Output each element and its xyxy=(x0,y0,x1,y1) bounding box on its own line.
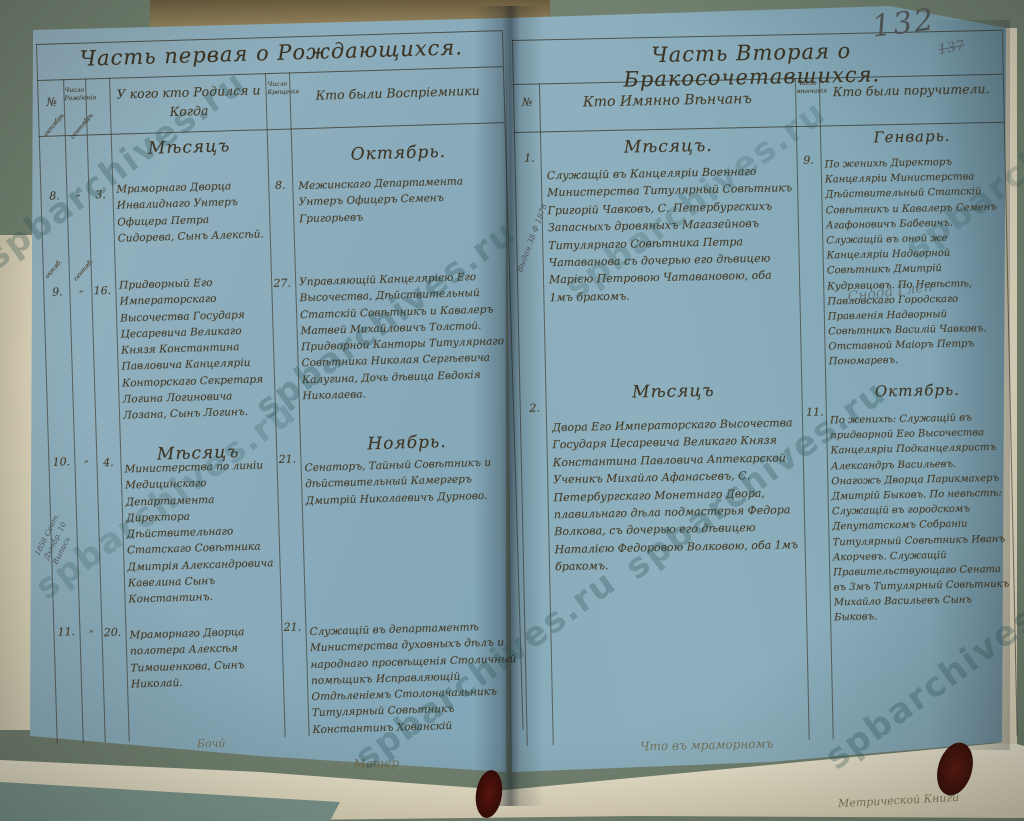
entry-baptism-day: 8. xyxy=(270,179,290,193)
entry-ditto: ″ xyxy=(73,289,89,302)
entry-num: 9. xyxy=(45,285,69,299)
col-header-birth-day: Число Рожденія xyxy=(64,87,84,103)
entry-baptism-day: 27. xyxy=(271,276,293,290)
entry-guarantors: По женихѣ: Служащій въ придворной Его Вы… xyxy=(830,410,1012,626)
entry-ditto: ″ xyxy=(78,458,94,471)
col-header-guarantors: Кто были поручители. xyxy=(823,80,999,101)
entry-birth-day: 16. xyxy=(91,284,113,298)
col-header-num: № xyxy=(40,95,64,109)
entry-text: Мраморнаго Дворца Инвалиднаго Унтеръ Офи… xyxy=(116,177,268,246)
entry-godparents: Межинскаго Департамента Унтеръ Офицеръ С… xyxy=(298,172,501,227)
col-header-wedding-day: Число вѣнчанія xyxy=(797,80,817,95)
table-line xyxy=(39,122,505,137)
entry-baptism-day: 21. xyxy=(281,620,303,634)
entry-wedding-day: 9. xyxy=(798,154,818,167)
entry-num: 10. xyxy=(48,455,74,469)
month-header: Мѣсяцъ xyxy=(545,379,801,404)
margin-month-scribble: сентябрь xyxy=(69,112,95,141)
col-header-who-married: Кто Имянно Вѣнчанъ xyxy=(539,90,795,111)
entry-num: 11. xyxy=(53,625,79,639)
catchword: Бочй xyxy=(197,737,226,751)
margin-month-scribble: октяб. xyxy=(44,258,64,280)
archival-scan: Часть первая о Рождающихся. № Число Рожд… xyxy=(0,0,1024,821)
entry-ditto: ″ xyxy=(83,628,99,641)
entry-baptism-day: 21. xyxy=(276,452,298,466)
col-header-godparents: Кто были Воспріемники xyxy=(295,82,499,103)
month-header: Генварь. xyxy=(820,126,1004,148)
col-header-baptism-day: Число Крещенія xyxy=(267,81,287,97)
entry-birth-day: 4. xyxy=(98,456,118,470)
entry-text: Мраморнаго Дворца полотера Алексѣя Тимош… xyxy=(129,623,283,693)
entry-birth-day: 20. xyxy=(101,626,123,640)
catchword: Что въ мраморномъ xyxy=(587,736,827,755)
